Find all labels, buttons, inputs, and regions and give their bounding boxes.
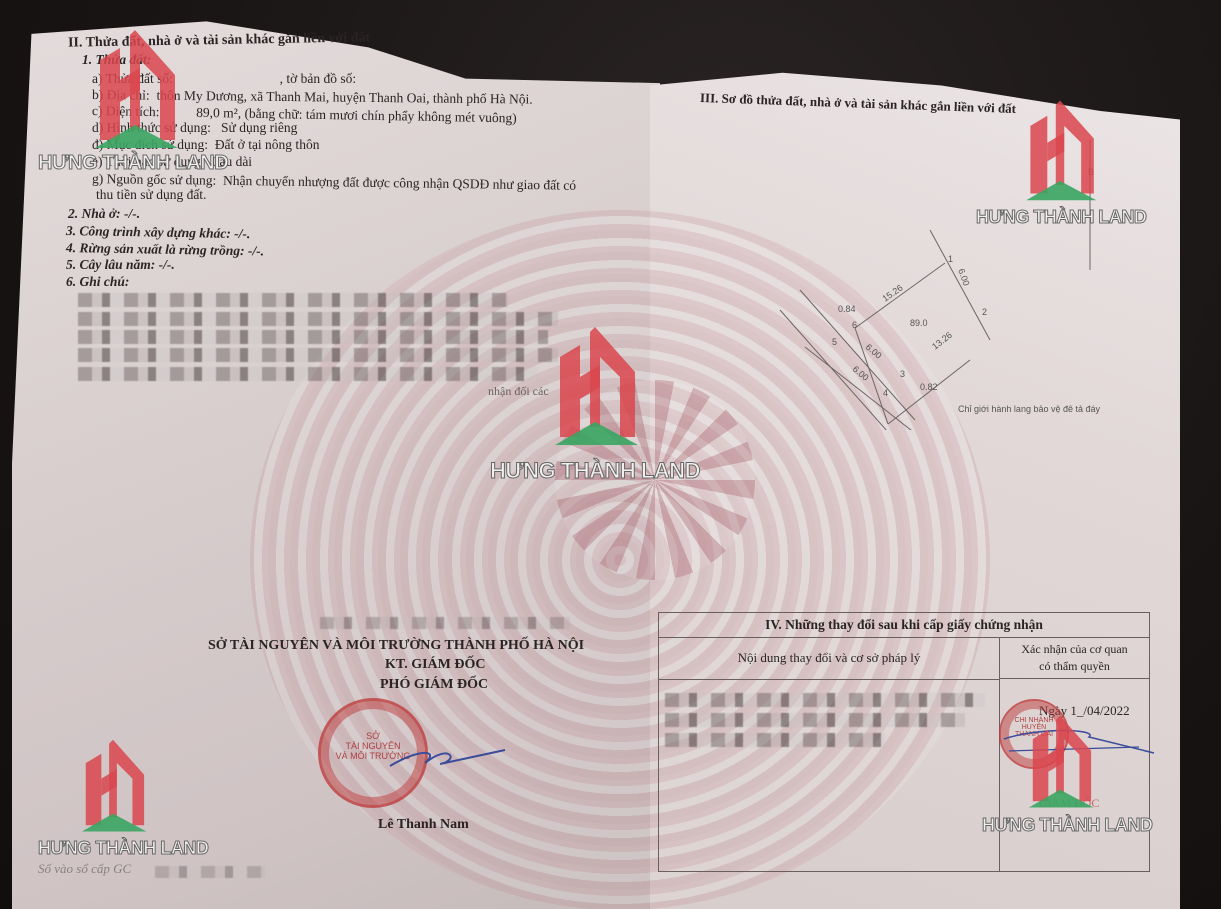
issuing-authority: SỞ TÀI NGUYÊN VÀ MÔI TRƯỜNG THÀNH PHỐ HÀ…: [208, 638, 584, 654]
redacted-change-line: [665, 733, 885, 747]
brand-watermark-text: HƯNG THÀNH LAND: [982, 815, 1152, 836]
redacted-note-line: [78, 367, 538, 381]
diagram-annotation: Chỉ giới hành lang bảo vệ đê tả đáy: [958, 404, 1101, 414]
svg-text:13.26: 13.26: [930, 330, 954, 352]
svg-text:6: 6: [852, 320, 857, 330]
brand-watermark-text: HƯNG THÀNH LAND: [38, 152, 228, 175]
signer-name: Lê Thanh Nam: [378, 817, 469, 833]
brand-watermark-logo: [550, 312, 640, 452]
item-other-construction: 3. Công trình xây dựng khác: -/-.: [66, 223, 251, 242]
ht-logo-icon: [90, 20, 180, 150]
signature: [380, 738, 510, 778]
ht-logo-icon: [550, 312, 640, 452]
svg-text:3: 3: [900, 369, 905, 379]
svg-text:0.82: 0.82: [920, 382, 938, 392]
svg-text:6.00: 6.00: [864, 342, 884, 361]
ht-logo-icon: [1020, 92, 1100, 202]
section-iv-title: IV. Những thay đổi sau khi cấp giấy chứn…: [659, 613, 1149, 638]
item-notes-label: 6. Ghi chú:: [66, 274, 129, 290]
svg-text:5: 5: [832, 337, 837, 347]
confirmation-column-header: Xác nhận của cơ quan có thẩm quyền: [1000, 637, 1149, 679]
svg-text:1: 1: [948, 254, 953, 264]
redacted-change-line: [665, 713, 965, 727]
field-origin-line2: thu tiền sử dụng đất.: [96, 187, 206, 203]
brand-watermark-text: HƯNG THÀNH LAND: [38, 838, 208, 859]
ht-logo-icon: [78, 730, 148, 835]
redacted-header: [320, 617, 570, 629]
svg-text:2: 2: [982, 307, 987, 317]
brand-watermark-logo: [78, 730, 148, 835]
brand-watermark-text: HƯNG THÀNH LAND: [976, 207, 1146, 228]
ht-logo-icon: [1025, 706, 1095, 811]
kt-director: KT. GIÁM ĐỐC: [385, 657, 485, 673]
brand-watermark-text: HƯNG THÀNH LAND: [490, 458, 700, 484]
redacted-note-line: [78, 348, 558, 362]
brand-watermark-logo: [1025, 706, 1095, 811]
note-tail: nhận đối các: [488, 384, 549, 399]
deputy-director: PHÓ GIÁM ĐỐC: [380, 677, 488, 693]
registry-number-label: Số vào sổ cấp GC: [38, 861, 131, 877]
redacted-note-line: [78, 293, 508, 307]
parcel-area: 89.0: [910, 318, 928, 328]
redacted-registry-number: [155, 866, 265, 878]
redacted-change-line: [665, 693, 985, 707]
changes-column-header: Nội dung thay đổi và cơ sở pháp lý: [659, 637, 1000, 680]
item-house: 2. Nhà ở: -/-.: [68, 206, 140, 222]
redacted-note-line: [78, 330, 548, 344]
brand-watermark-logo: [1020, 92, 1100, 202]
svg-text:6.00: 6.00: [956, 267, 971, 287]
brand-watermark-logo: [90, 20, 180, 150]
item-perennial-trees: 5. Cây lâu năm: -/-.: [66, 257, 175, 273]
redacted-note-line: [78, 312, 558, 326]
svg-text:4: 4: [883, 388, 888, 398]
svg-text:0.84: 0.84: [838, 304, 856, 314]
